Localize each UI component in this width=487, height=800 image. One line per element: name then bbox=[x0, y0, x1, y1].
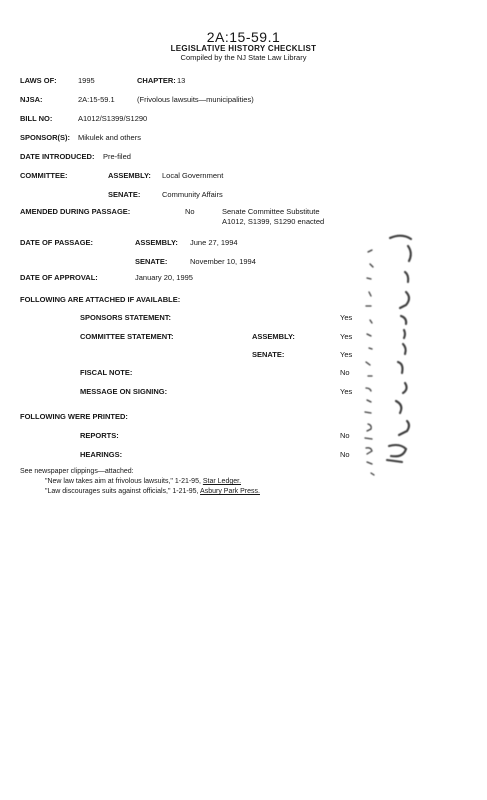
printed-heading: FOLLOWING WERE PRINTED: bbox=[20, 412, 128, 421]
sponsors-statement-value: Yes bbox=[340, 313, 352, 322]
document-subtitle: Compiled by the NJ State Law Library bbox=[0, 53, 487, 62]
njsa-note: (Frivolous lawsuits—municipalities) bbox=[137, 95, 254, 104]
laws-of-label: LAWS OF: bbox=[20, 76, 57, 85]
bill-no-value: A1012/S1399/S1290 bbox=[78, 114, 147, 123]
reports-label: REPORTS: bbox=[80, 431, 119, 440]
clipping-source: Star Ledger. bbox=[203, 478, 241, 485]
date-introduced-row: DATE INTRODUCED: Pre-filed bbox=[0, 152, 487, 164]
library-stamp-smudge-icon bbox=[360, 230, 426, 480]
amended-label: AMENDED DURING PASSAGE: bbox=[20, 207, 130, 216]
clipping-source: Asbury Park Press. bbox=[200, 488, 260, 495]
fiscal-note-label: FISCAL NOTE: bbox=[80, 368, 132, 377]
statute-number: 2A:15-59.1 bbox=[0, 29, 487, 45]
committee-statement-senate-label: SENATE: bbox=[252, 350, 284, 359]
clipping-text: "New law takes aim at frivolous lawsuits… bbox=[45, 478, 201, 485]
reports-value: No bbox=[340, 431, 350, 440]
sponsors-statement-label: SPONSORS STATEMENT: bbox=[80, 313, 171, 322]
amended-note-line2: A1012, S1399, S1290 enacted bbox=[222, 217, 324, 226]
laws-of-value: 1995 bbox=[78, 76, 95, 85]
committee-statement-assembly-label: ASSEMBLY: bbox=[252, 332, 295, 341]
committee-assembly-label: ASSEMBLY: bbox=[108, 171, 151, 180]
hearings-value: No bbox=[340, 450, 350, 459]
committee-senate-value: Community Affairs bbox=[162, 190, 223, 199]
committee-statement-label: COMMITTEE STATEMENT: bbox=[80, 332, 173, 341]
date-introduced-label: DATE INTRODUCED: bbox=[20, 152, 94, 161]
clipping-line: "Law discourages suits against officials… bbox=[45, 487, 260, 496]
passage-assembly-label: ASSEMBLY: bbox=[135, 238, 178, 247]
clipping-row: "Law discourages suits against officials… bbox=[0, 487, 487, 499]
committee-label: COMMITTEE: bbox=[20, 171, 68, 180]
date-approval-label: DATE OF APPROVAL: bbox=[20, 273, 98, 282]
document-title: LEGISLATIVE HISTORY CHECKLIST bbox=[0, 44, 487, 53]
amended-note-line1: Senate Committee Substitute bbox=[222, 207, 320, 216]
attached-heading: FOLLOWING ARE ATTACHED IF AVAILABLE: bbox=[20, 295, 180, 304]
laws-of-row: LAWS OF: 1995 CHAPTER: 13 bbox=[0, 76, 487, 88]
committee-assembly-row: COMMITTEE: ASSEMBLY: Local Government bbox=[0, 171, 487, 183]
clipping-text: "Law discourages suits against officials… bbox=[45, 488, 198, 495]
passage-senate-label: SENATE: bbox=[135, 257, 167, 266]
bill-no-label: BILL NO: bbox=[20, 114, 52, 123]
committee-assembly-value: Local Government bbox=[162, 171, 223, 180]
bill-no-row: BILL NO: A1012/S1399/S1290 bbox=[0, 114, 487, 126]
message-on-signing-label: MESSAGE ON SIGNING: bbox=[80, 387, 167, 396]
committee-statement-senate-value: Yes bbox=[340, 350, 352, 359]
sponsors-value: Mikulek and others bbox=[78, 133, 141, 142]
passage-senate-value: November 10, 1994 bbox=[190, 257, 256, 266]
chapter-value: 13 bbox=[177, 76, 185, 85]
date-introduced-value: Pre-filed bbox=[103, 152, 131, 161]
amended-value: No bbox=[185, 207, 195, 216]
njsa-label: NJSA: bbox=[20, 95, 43, 104]
hearings-label: HEARINGS: bbox=[80, 450, 122, 459]
committee-statement-assembly-value: Yes bbox=[340, 332, 352, 341]
committee-senate-label: SENATE: bbox=[108, 190, 140, 199]
message-on-signing-value: Yes bbox=[340, 387, 352, 396]
committee-senate-row: SENATE: Community Affairs bbox=[0, 190, 487, 202]
fiscal-note-value: No bbox=[340, 368, 350, 377]
sponsors-row: SPONSOR(S): Mikulek and others bbox=[0, 133, 487, 145]
clippings-intro: See newspaper clippings—attached: bbox=[20, 467, 134, 476]
amended-note-row: A1012, S1399, S1290 enacted bbox=[0, 217, 487, 229]
sponsors-label: SPONSOR(S): bbox=[20, 133, 70, 142]
passage-assembly-value: June 27, 1994 bbox=[190, 238, 238, 247]
date-approval-value: January 20, 1995 bbox=[135, 273, 193, 282]
chapter-label: CHAPTER: bbox=[137, 76, 176, 85]
date-passage-label: DATE OF PASSAGE: bbox=[20, 238, 93, 247]
scanned-document-page: 2A:15-59.1 LEGISLATIVE HISTORY CHECKLIST… bbox=[0, 0, 487, 800]
njsa-row: NJSA: 2A:15-59.1 (Frivolous lawsuits—mun… bbox=[0, 95, 487, 107]
clipping-line: "New law takes aim at frivolous lawsuits… bbox=[45, 477, 241, 486]
njsa-value: 2A:15-59.1 bbox=[78, 95, 115, 104]
